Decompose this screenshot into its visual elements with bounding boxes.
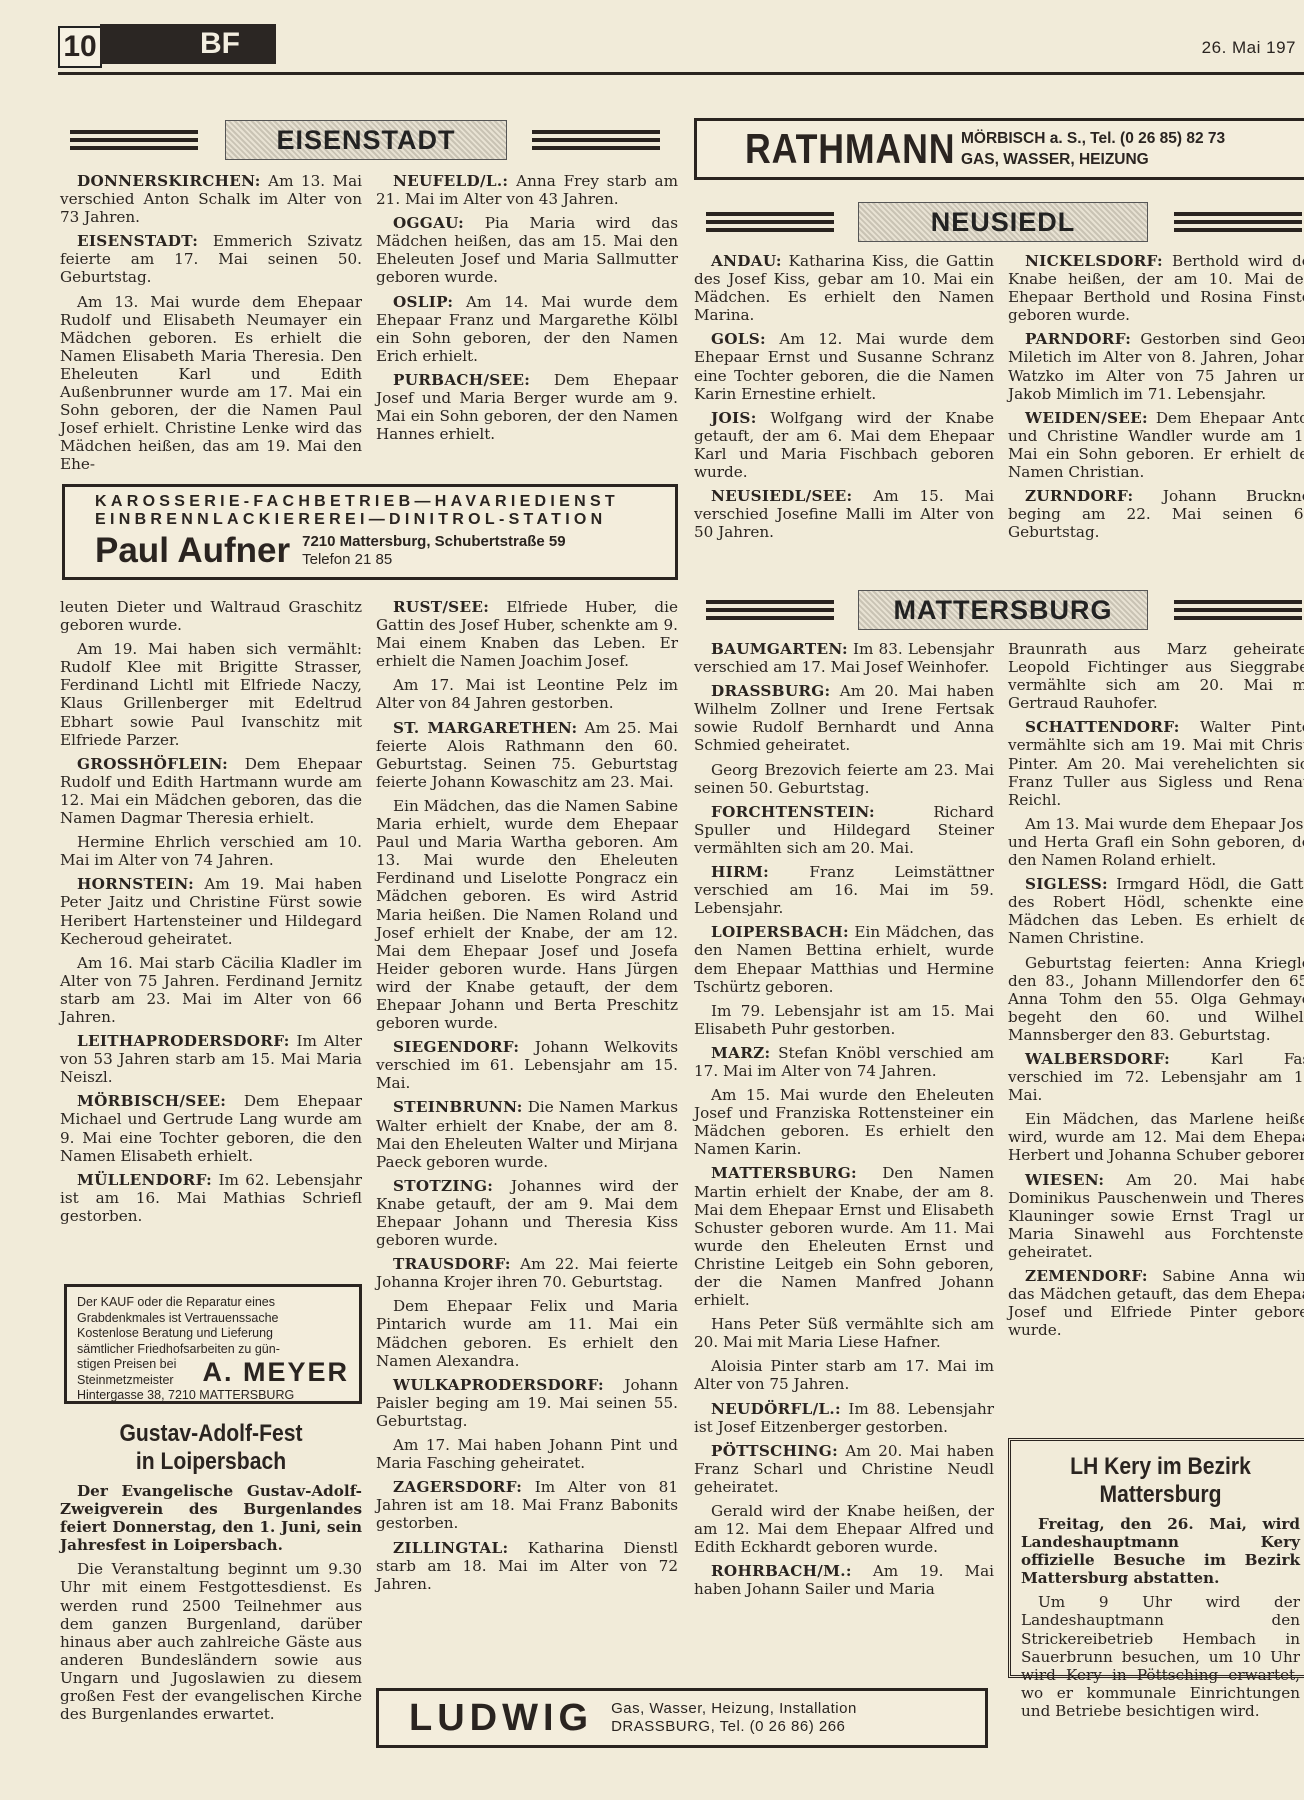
notice-item: SCHATTENDORF: Walter Pinter vermählte si… (1008, 718, 1304, 808)
notice-place: MÜLLENDORF: (77, 1171, 212, 1189)
article-headline: Gustav-Adolf-Fest (78, 1420, 344, 1448)
header-bars-right (1174, 600, 1302, 620)
notice-item: ST. MARGARETHEN: Am 25. Mai feierte Aloi… (376, 719, 678, 791)
notice-item: TRAUSDORF: Am 22. Mai feierte Johanna Kr… (376, 1255, 678, 1291)
notice-item: Am 16. Mai starb Cäcilia Kladler im Alte… (60, 954, 362, 1026)
notice-place: EISENSTADT: (77, 232, 198, 250)
article-body: Die Veranstaltung beginnt um 9.30 Uhr mi… (60, 1560, 362, 1723)
column-neusiedl-2: NICKELSDORF: Berthold wird der Knabe hei… (1008, 252, 1304, 547)
notice-text: Im 79. Lebensjahr ist am 15. Mai Elisabe… (694, 1002, 994, 1038)
notice-item: Ein Mädchen, das die Namen Sabine Maria … (376, 797, 678, 1032)
notice-text: leuten Dieter und Waltraud Graschitz geb… (60, 598, 362, 634)
notice-place: HORNSTEIN: (77, 875, 194, 893)
ad-ludwig[interactable]: LUDWIG Gas, Wasser, Heizung, Installatio… (376, 1688, 988, 1748)
column-mattersburg-1: BAUMGARTEN: Im 83. Lebensjahr verschied … (694, 640, 994, 1605)
notice-text: Ein Mädchen, das Marlene heißen wird, wu… (1008, 1110, 1304, 1164)
notice-text: Hermine Ehrlich verschied am 10. Mai im … (60, 833, 362, 869)
notice-place: FORCHTENSTEIN: (711, 803, 875, 821)
section-title: NEUSIEDL (858, 202, 1148, 242)
section-title: EISENSTADT (225, 120, 507, 160)
notice-place: DRASSBURG: (711, 682, 830, 700)
notice-place: PÖTTSCHING: (711, 1442, 838, 1460)
notice-item: Am 13. Mai wurde dem Ehepaar Rudolf und … (60, 293, 362, 474)
notice-place: SIGLESS: (1025, 875, 1108, 893)
notice-item: PURBACH/SEE: Dem Ehepaar Josef und Maria… (376, 371, 678, 443)
ad-line: Grabdenkmales ist Vertrauenssache (77, 1311, 349, 1327)
ad-line: EINBRENNLACKIEREREI—DINITROL-STATION (95, 511, 675, 529)
notice-place: ZURNDORF: (1025, 487, 1133, 505)
notice-place: WULKAPRODERSDORF: (393, 1376, 604, 1394)
section-title: MATTERSBURG (858, 590, 1148, 630)
header-bars-left (706, 212, 834, 232)
notice-place: OGGAU: (393, 214, 464, 232)
notice-item: WALBERSDORF: Karl Fass verschied im 72. … (1008, 1050, 1304, 1104)
column-neusiedl-1: ANDAU: Katharina Kiss, die Gattin des Jo… (694, 252, 994, 547)
article-body: Um 9 Uhr wird der Landeshauptmann den St… (1021, 1593, 1300, 1720)
notice-item: HORNSTEIN: Am 19. Mai haben Peter Jaitz … (60, 875, 362, 947)
notice-place: RUST/SEE: (393, 598, 489, 616)
notice-text: Den Namen Martin erhielt der Knabe, der … (694, 1164, 994, 1309)
notice-item: Dem Ehepaar Felix und Maria Pintarich wu… (376, 1297, 678, 1369)
notice-item: LOIPERSBACH: Ein Mädchen, das den Namen … (694, 923, 994, 995)
notice-text: Ein Mädchen, das die Namen Sabine Maria … (376, 797, 678, 1032)
notice-item: DONNERSKIRCHEN: Am 13. Mai verschied Ant… (60, 172, 362, 226)
notice-text: Am 17. Mai haben Johann Pint und Maria F… (376, 1436, 678, 1472)
notice-place: ANDAU: (711, 252, 782, 270)
notice-item: Am 17. Mai haben Johann Pint und Maria F… (376, 1436, 678, 1472)
notice-item: MÖRBISCH/SEE: Dem Ehepaar Michael und Ge… (60, 1092, 362, 1164)
ad-phone: Telefon 21 85 (302, 551, 565, 569)
notice-item: WULKAPRODERSDORF: Johann Paisler beging … (376, 1376, 678, 1430)
notice-place: MARZ: (711, 1044, 770, 1062)
notice-item: ZAGERSDORF: Im Alter von 81 Jahren ist a… (376, 1478, 678, 1532)
column-mattersburg-2: Braunrath aus Marz geheiratet. Leopold F… (1008, 640, 1304, 1345)
notice-text: Am 17. Mai ist Leontine Pelz im Alter vo… (376, 676, 678, 712)
notice-item: MARZ: Stefan Knöbl verschied am 17. Mai … (694, 1044, 994, 1080)
ad-line: stigen Preisen bei (77, 1357, 176, 1373)
notice-item: SIGLESS: Irmgard Hödl, die Gattin des Ro… (1008, 875, 1304, 947)
page-number: 10 (58, 26, 102, 68)
header-bars-right (532, 130, 660, 150)
ad-line: Der KAUF oder die Reparatur eines (77, 1295, 349, 1311)
notice-place: HIRM: (711, 863, 769, 881)
notice-place: SCHATTENDORF: (1025, 718, 1180, 736)
notice-place: STOTZING: (393, 1177, 493, 1195)
notice-item: SIEGENDORF: Johann Welkovits verschied i… (376, 1038, 678, 1092)
notice-place: BAUMGARTEN: (711, 640, 848, 658)
ad-paul-aufner[interactable]: KAROSSERIE-FACHBETRIEB—HAVARIEDIENST EIN… (62, 484, 678, 580)
notice-place: STEINBRUNN: (393, 1098, 523, 1116)
notice-item: HIRM: Franz Leimstättner verschied am 16… (694, 863, 994, 917)
notice-text: Aloisia Pinter starb am 17. Mai im Alter… (694, 1357, 994, 1393)
notice-item: JOIS: Wolfgang wird der Knabe getauft, d… (694, 409, 994, 481)
notice-item: Im 79. Lebensjahr ist am 15. Mai Elisabe… (694, 1002, 994, 1038)
ad-company-name: A. MEYER (202, 1357, 349, 1388)
notice-item: OGGAU: Pia Maria wird das Mädchen heißen… (376, 214, 678, 286)
notice-text: Am 13. Mai wurde dem Ehepaar Rudolf und … (60, 293, 362, 474)
notice-item: LEITHAPRODERSDORF: Im Alter von 53 Jahre… (60, 1032, 362, 1086)
notice-place: MÖRBISCH/SEE: (77, 1092, 226, 1110)
notice-item: ZEMENDORF: Sabine Anna wird das Mädchen … (1008, 1267, 1304, 1339)
ad-line: Kostenlose Beratung und Lieferung (77, 1326, 349, 1342)
notice-item: Am 15. Mai wurde den Eheleuten Josef und… (694, 1086, 994, 1158)
notice-item: PARNDORF: Gestorben sind Georg Miletich … (1008, 330, 1304, 402)
section-header-neusiedl: NEUSIEDL (706, 202, 1304, 244)
issue-date: 26. Mai 197 (1202, 38, 1296, 58)
article-lead: Der Evangelische Gustav-Adolf-Zweigverei… (60, 1482, 362, 1554)
ad-line: KAROSSERIE-FACHBETRIEB—HAVARIEDIENST (95, 493, 675, 511)
notice-place: ROHRBACH/M.: (711, 1562, 852, 1580)
ad-rathmann[interactable]: RATHMANN MÖRBISCH a. S., Tel. (0 26 85) … (694, 118, 1304, 180)
notice-text: Am 19. Mai haben sich vermählt: Rudolf K… (60, 640, 362, 748)
notice-place: GROSSHÖFLEIN: (77, 755, 228, 773)
ad-services: Gas, Wasser, Heizung, Installation (611, 1700, 857, 1718)
notice-text: Gerald wird der Knabe heißen, der am 12.… (694, 1502, 994, 1556)
header-bars-left (706, 600, 834, 620)
notice-item: Aloisia Pinter starb am 17. Mai im Alter… (694, 1357, 994, 1393)
ad-address: DRASSBURG, Tel. (0 26 86) 266 (611, 1718, 857, 1736)
notice-text: Hans Peter Süß vermählte sich am 20. Mai… (694, 1315, 994, 1351)
notice-place: WEIDEN/SEE: (1025, 409, 1148, 427)
notice-item: NICKELSDORF: Berthold wird der Knabe hei… (1008, 252, 1304, 324)
notice-place: GOLS: (711, 330, 766, 348)
notice-place: ZEMENDORF: (1025, 1267, 1148, 1285)
notice-place: DONNERSKIRCHEN: (77, 172, 261, 190)
notice-item: NEUDÖRFL/L.: Im 88. Lebensjahr ist Josef… (694, 1400, 994, 1436)
notice-place: OSLIP: (393, 293, 453, 311)
notice-place: NEUFELD/L.: (393, 172, 508, 190)
notice-item: BAUMGARTEN: Im 83. Lebensjahr verschied … (694, 640, 994, 676)
ad-a-meyer[interactable]: Der KAUF oder die Reparatur eines Grabde… (64, 1284, 362, 1404)
notice-item: WIESEN: Am 20. Mai haben Dominikus Pausc… (1008, 1171, 1304, 1261)
notice-place: NICKELSDORF: (1025, 252, 1163, 270)
notice-item: ZURNDORF: Johann Bruckner beging am 22. … (1008, 487, 1304, 541)
section-header-eisenstadt: EISENSTADT (70, 120, 660, 162)
notice-item: WEIDEN/SEE: Dem Ehepaar Anton und Christ… (1008, 409, 1304, 481)
article-headline: LH Kery im Bezirk (1038, 1453, 1284, 1481)
notice-item: Am 17. Mai ist Leontine Pelz im Alter vo… (376, 676, 678, 712)
notice-place: ST. MARGARETHEN: (393, 719, 577, 737)
notice-item: OSLIP: Am 14. Mai wurde dem Ehepaar Fran… (376, 293, 678, 365)
notice-item: ANDAU: Katharina Kiss, die Gattin des Jo… (694, 252, 994, 324)
notice-item: EISENSTADT: Emmerich Szivatz feierte am … (60, 232, 362, 286)
notice-place: JOIS: (711, 409, 757, 427)
article-lh-kery: LH Kery im Bezirk Mattersburg Freitag, d… (1008, 1438, 1304, 1678)
notice-item: Geburtstag feierten: Anna Kriegler den 8… (1008, 954, 1304, 1044)
notice-place: WALBERSDORF: (1025, 1050, 1170, 1068)
article-gustav-adolf-fest: Gustav-Adolf-Fest in Loipersbach Der Eva… (60, 1420, 362, 1729)
notice-item: Hermine Ehrlich verschied am 10. Mai im … (60, 833, 362, 869)
notice-item: DRASSBURG: Am 20. Mai haben Wilhelm Zoll… (694, 682, 994, 754)
notice-item: GOLS: Am 12. Mai wurde dem Ehepaar Ernst… (694, 330, 994, 402)
notice-item: Am 19. Mai haben sich vermählt: Rudolf K… (60, 640, 362, 749)
notice-text: Am 16. Mai starb Cäcilia Kladler im Alte… (60, 954, 362, 1026)
notice-item: FORCHTENSTEIN: Richard Spuller und Hilde… (694, 803, 994, 857)
notice-place: ZAGERSDORF: (393, 1478, 522, 1496)
notice-place: WIESEN: (1025, 1171, 1104, 1189)
section-label: BF (100, 24, 276, 64)
notice-item: STEINBRUNN: Die Namen Markus Walter erhi… (376, 1098, 678, 1170)
column-eisenstadt-2: NEUFELD/L.: Anna Frey starb am 21. Mai i… (376, 172, 678, 449)
column-eisenstadt-1b: leuten Dieter und Waltraud Graschitz geb… (60, 598, 362, 1231)
notice-item: STOTZING: Johannes wird der Knabe getauf… (376, 1177, 678, 1249)
notice-place: PARNDORF: (1025, 330, 1131, 348)
notice-item: leuten Dieter und Waltraud Graschitz geb… (60, 598, 362, 634)
notice-item: PÖTTSCHING: Am 20. Mai haben Franz Schar… (694, 1442, 994, 1496)
notice-place: ZILLINGTAL: (393, 1539, 508, 1557)
notice-item: Gerald wird der Knabe heißen, der am 12.… (694, 1502, 994, 1556)
ad-company-name: RATHMANN (745, 125, 907, 173)
section-header-mattersburg: MATTERSBURG (706, 590, 1304, 632)
notice-text: Braunrath aus Marz geheiratet. Leopold F… (1008, 640, 1304, 712)
ad-line: Hintergasse 38, 7210 MATTERSBURG (77, 1388, 349, 1404)
notice-item: NEUFELD/L.: Anna Frey starb am 21. Mai i… (376, 172, 678, 208)
header-bars-left (70, 130, 198, 150)
article-headline: Mattersburg (1038, 1481, 1284, 1509)
ad-line: sämtlicher Friedhofsarbeiten zu gün- (77, 1342, 349, 1358)
notice-place: LOIPERSBACH: (711, 923, 849, 941)
notice-place: SIEGENDORF: (393, 1038, 519, 1056)
notice-item: GROSSHÖFLEIN: Dem Ehepaar Rudolf und Edi… (60, 755, 362, 827)
ad-address: 7210 Mattersburg, Schubertstraße 59 (302, 533, 565, 551)
ad-services: GAS, WASSER, HEIZUNG (961, 149, 1225, 170)
notice-text: Geburtstag feierten: Anna Kriegler den 8… (1008, 954, 1304, 1044)
notice-text: Am 15. Mai wurde den Eheleuten Josef und… (694, 1086, 994, 1158)
ad-line: Steinmetzmeister (77, 1373, 176, 1389)
notice-item: ZILLINGTAL: Katharina Dienstl starb am 1… (376, 1539, 678, 1593)
notice-text: Dem Ehepaar Felix und Maria Pintarich wu… (376, 1297, 678, 1369)
notice-text: Georg Brezovich feierte am 23. Mai seine… (694, 761, 994, 797)
column-eisenstadt-2b: RUST/SEE: Elfriede Huber, die Gattin des… (376, 598, 678, 1599)
notice-place: MATTERSBURG: (711, 1164, 857, 1182)
notice-item: RUST/SEE: Elfriede Huber, die Gattin des… (376, 598, 678, 670)
header-bars-right (1174, 212, 1302, 232)
notice-item: Ein Mädchen, das Marlene heißen wird, wu… (1008, 1110, 1304, 1164)
notice-text: Am 13. Mai wurde dem Ehepaar Josef und H… (1008, 815, 1304, 869)
ad-company-name: LUDWIG (409, 1697, 593, 1740)
notice-place: NEUDÖRFL/L.: (711, 1400, 841, 1418)
ad-company-name: Paul Aufner (95, 531, 290, 571)
notice-item: Braunrath aus Marz geheiratet. Leopold F… (1008, 640, 1304, 712)
article-headline: in Loipersbach (78, 1448, 344, 1476)
notice-item: Am 13. Mai wurde dem Ehepaar Josef und H… (1008, 815, 1304, 869)
notice-place: LEITHAPRODERSDORF: (77, 1032, 290, 1050)
notice-place: NEUSIEDL/SEE: (711, 487, 852, 505)
notice-place: PURBACH/SEE: (393, 371, 530, 389)
notice-item: Georg Brezovich feierte am 23. Mai seine… (694, 761, 994, 797)
notice-item: NEUSIEDL/SEE: Am 15. Mai verschied Josef… (694, 487, 994, 541)
notice-item: ROHRBACH/M.: Am 19. Mai haben Johann Sai… (694, 1562, 994, 1598)
notice-item: MATTERSBURG: Den Namen Martin erhielt de… (694, 1164, 994, 1309)
header-rule (58, 72, 1304, 75)
notice-item: MÜLLENDORF: Im 62. Lebensjahr ist am 16.… (60, 1171, 362, 1225)
article-lead: Freitag, den 26. Mai, wird Landeshauptma… (1021, 1515, 1300, 1587)
ad-address: MÖRBISCH a. S., Tel. (0 26 85) 82 73 (961, 128, 1225, 149)
column-eisenstadt-1: DONNERSKIRCHEN: Am 13. Mai verschied Ant… (60, 172, 362, 480)
notice-item: Hans Peter Süß vermählte sich am 20. Mai… (694, 1315, 994, 1351)
notice-place: TRAUSDORF: (393, 1255, 511, 1273)
